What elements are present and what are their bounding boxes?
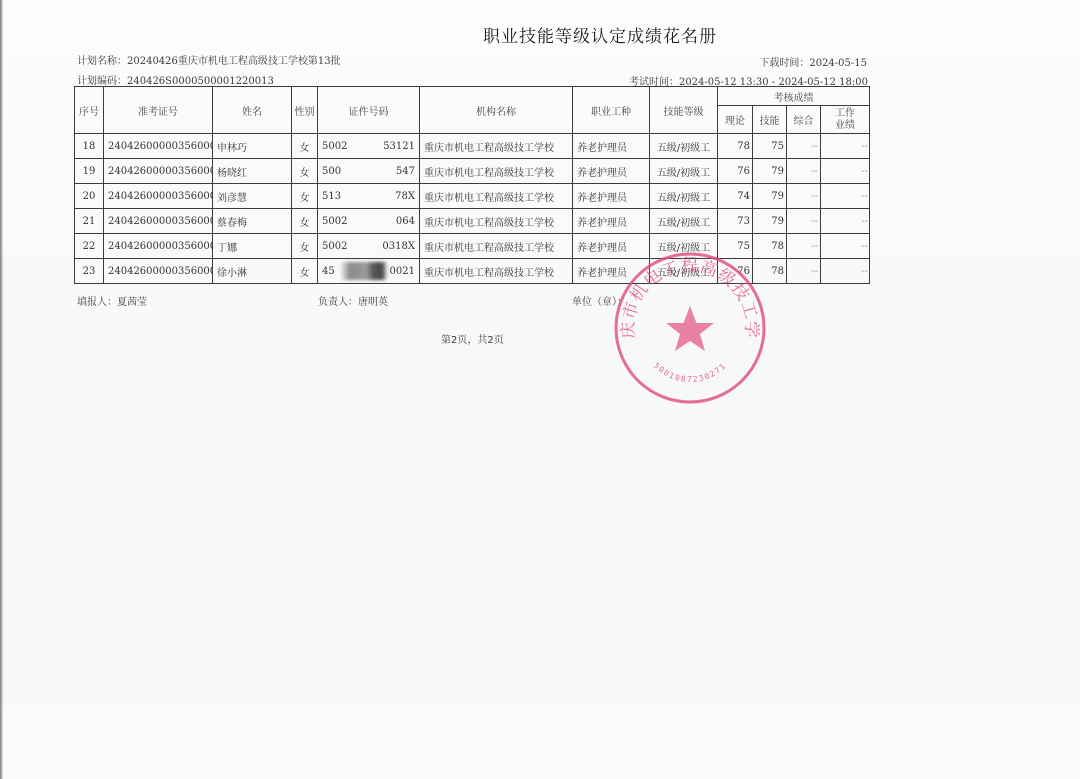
- id-prefix: 5002: [322, 216, 347, 227]
- table-row: 21 2404260000035600068 蔡春梅 女 5002 064 重庆…: [75, 209, 870, 234]
- cell-ticket: 2404260000035600068: [104, 209, 213, 234]
- cell-id-number: 45 0021: [318, 259, 420, 284]
- cell-skill: 79: [753, 159, 787, 184]
- cell-seq: 21: [75, 209, 104, 234]
- cell-skill: 78: [753, 259, 787, 284]
- cell-level: 五级/初级工: [650, 234, 718, 259]
- cell-seq: 18: [75, 134, 104, 159]
- cell-work-performance: --: [821, 234, 870, 259]
- cell-occupation: 养老护理员: [573, 134, 650, 159]
- cell-theory: 75: [718, 234, 753, 259]
- cell-seq: 22: [75, 234, 104, 259]
- page-number: 第2页，共2页: [441, 331, 504, 346]
- cell-id-number: 5002 0318X: [318, 234, 420, 259]
- plan-code: 计划编码：240426S0000500001220013: [77, 72, 274, 87]
- header-id-number: 证件号码: [318, 87, 420, 134]
- responsible-name: 唐明英: [358, 297, 388, 308]
- cell-theory: 78: [718, 134, 753, 159]
- cell-level: 五级/初级工: [650, 134, 718, 159]
- cell-seq: 20: [75, 184, 104, 209]
- cell-ticket: 2404260000035600067: [104, 184, 213, 209]
- cell-gender: 女: [292, 209, 318, 234]
- id-prefix: 513: [322, 191, 341, 202]
- download-time: 下载时间：2024-05-15: [759, 54, 867, 69]
- cell-theory: 74: [718, 184, 753, 209]
- document-title: 职业技能等级认定成绩花名册: [0, 22, 1080, 47]
- cell-work-performance: --: [821, 259, 870, 284]
- cell-gender: 女: [292, 184, 318, 209]
- table-body: 18 2404260000035600065 申林巧 女 5002 53121 …: [75, 134, 870, 284]
- header-level: 技能等级: [650, 87, 718, 134]
- cell-comprehensive: --: [787, 184, 821, 209]
- cell-name: 丁娜: [213, 234, 292, 259]
- cell-work-performance: --: [821, 134, 870, 159]
- cell-ticket: 2404260000035600066: [104, 159, 213, 184]
- id-suffix: 547: [396, 166, 415, 177]
- header-skill: 技能: [753, 106, 787, 134]
- table-row: 18 2404260000035600065 申林巧 女 5002 53121 …: [75, 134, 870, 159]
- id-suffix: 78X: [395, 191, 415, 202]
- header-scores-group: 考核成绩: [718, 87, 870, 106]
- cell-seq: 19: [75, 159, 104, 184]
- cell-id-number: 5002 064: [318, 209, 420, 234]
- id-prefix: 500: [322, 166, 341, 177]
- cell-comprehensive: --: [787, 209, 821, 234]
- cell-name: 杨晓红: [213, 159, 292, 184]
- cell-work-performance: --: [821, 209, 870, 234]
- plan-name-label: 计划名称：: [77, 56, 127, 67]
- cell-comprehensive: --: [787, 159, 821, 184]
- cell-org: 重庆市机电工程高级技工学校: [420, 184, 573, 209]
- table-row: 23 2404260000035600070 徐小淋 女 45 0021 重庆市…: [75, 259, 870, 284]
- download-time-value: 2024-05-15: [809, 58, 867, 69]
- cell-id-number: 500 547: [318, 159, 420, 184]
- redaction-blur: [340, 262, 388, 280]
- header-gender: 性别: [292, 87, 318, 134]
- cell-occupation: 养老护理员: [573, 159, 650, 184]
- cell-occupation: 养老护理员: [573, 259, 650, 284]
- header-comprehensive: 综合: [787, 106, 821, 134]
- id-suffix: 53121: [383, 141, 415, 152]
- cell-work-performance: --: [821, 159, 870, 184]
- cell-ticket: 2404260000035600069: [104, 234, 213, 259]
- cell-org: 重庆市机电工程高级技工学校: [420, 134, 573, 159]
- responsible-person: 负责人：唐明英: [318, 293, 388, 308]
- reporter-label: 填报人：: [77, 297, 117, 308]
- cell-level: 五级/初级工: [650, 159, 718, 184]
- header-theory: 理论: [718, 106, 753, 134]
- cell-theory: 76: [718, 259, 753, 284]
- cell-org: 重庆市机电工程高级技工学校: [420, 209, 573, 234]
- cell-comprehensive: --: [787, 134, 821, 159]
- cell-skill: 79: [753, 209, 787, 234]
- header-seq: 序号: [75, 87, 104, 134]
- plan-name: 计划名称：20240426重庆市机电工程高级技工学校第13批: [77, 52, 341, 67]
- cell-level: 五级/初级工: [650, 259, 718, 284]
- cell-org: 重庆市机电工程高级技工学校: [420, 234, 573, 259]
- header-occupation: 职业工种: [573, 87, 650, 134]
- id-suffix: 0021: [390, 266, 415, 277]
- reporter: 填报人：夏茜莹: [77, 293, 147, 308]
- cell-theory: 73: [718, 209, 753, 234]
- header-ticket: 准考证号: [104, 87, 213, 134]
- cell-skill: 79: [753, 184, 787, 209]
- plan-name-value: 20240426重庆市机电工程高级技工学校第13批: [127, 56, 341, 67]
- cell-ticket: 2404260000035600070: [104, 259, 213, 284]
- cell-occupation: 养老护理员: [573, 209, 650, 234]
- unit-seal-label: 单位（章）：: [572, 293, 627, 308]
- table-row: 20 2404260000035600067 刘彦慧 女 513 78X 重庆市…: [75, 184, 870, 209]
- cell-name: 刘彦慧: [213, 184, 292, 209]
- cell-org: 重庆市机电工程高级技工学校: [420, 159, 573, 184]
- cell-name: 蔡春梅: [213, 209, 292, 234]
- cell-gender: 女: [292, 234, 318, 259]
- cell-occupation: 养老护理员: [573, 184, 650, 209]
- download-time-label: 下载时间：: [759, 58, 809, 69]
- cell-id-number: 5002 53121: [318, 134, 420, 159]
- reporter-name: 夏茜莹: [117, 297, 147, 308]
- table-header-row: 序号 准考证号 姓名 性别 证件号码 机构名称 职业工种 技能等级 考核成绩: [75, 87, 870, 106]
- header-work-performance: 工作业绩: [821, 106, 870, 134]
- cell-level: 五级/初级工: [650, 209, 718, 234]
- id-prefix: 5002: [322, 141, 347, 152]
- id-suffix: 0318X: [382, 241, 415, 252]
- header-work-performance-text: 工作业绩: [833, 108, 857, 132]
- id-suffix: 064: [396, 216, 415, 227]
- cell-skill: 78: [753, 234, 787, 259]
- cell-name: 申林巧: [213, 134, 292, 159]
- cell-skill: 75: [753, 134, 787, 159]
- cell-theory: 76: [718, 159, 753, 184]
- cell-ticket: 2404260000035600065: [104, 134, 213, 159]
- header-name: 姓名: [213, 87, 292, 134]
- cell-id-number: 513 78X: [318, 184, 420, 209]
- cell-seq: 23: [75, 259, 104, 284]
- cell-gender: 女: [292, 259, 318, 284]
- table-row: 19 2404260000035600066 杨晓红 女 500 547 重庆市…: [75, 159, 870, 184]
- score-roster-table: 序号 准考证号 姓名 性别 证件号码 机构名称 职业工种 技能等级 考核成绩 理…: [74, 86, 870, 284]
- cell-comprehensive: --: [787, 234, 821, 259]
- cell-work-performance: --: [821, 184, 870, 209]
- responsible-label: 负责人：: [318, 297, 358, 308]
- table-row: 22 2404260000035600069 丁娜 女 5002 0318X 重…: [75, 234, 870, 259]
- id-prefix: 45: [322, 266, 335, 277]
- header-org: 机构名称: [420, 87, 573, 134]
- cell-gender: 女: [292, 134, 318, 159]
- cell-name: 徐小淋: [213, 259, 292, 284]
- cell-occupation: 养老护理员: [573, 234, 650, 259]
- id-prefix: 5002: [322, 241, 347, 252]
- cell-gender: 女: [292, 159, 318, 184]
- cell-org: 重庆市机电工程高级技工学校: [420, 259, 573, 284]
- cell-comprehensive: --: [787, 259, 821, 284]
- cell-level: 五级/初级工: [650, 184, 718, 209]
